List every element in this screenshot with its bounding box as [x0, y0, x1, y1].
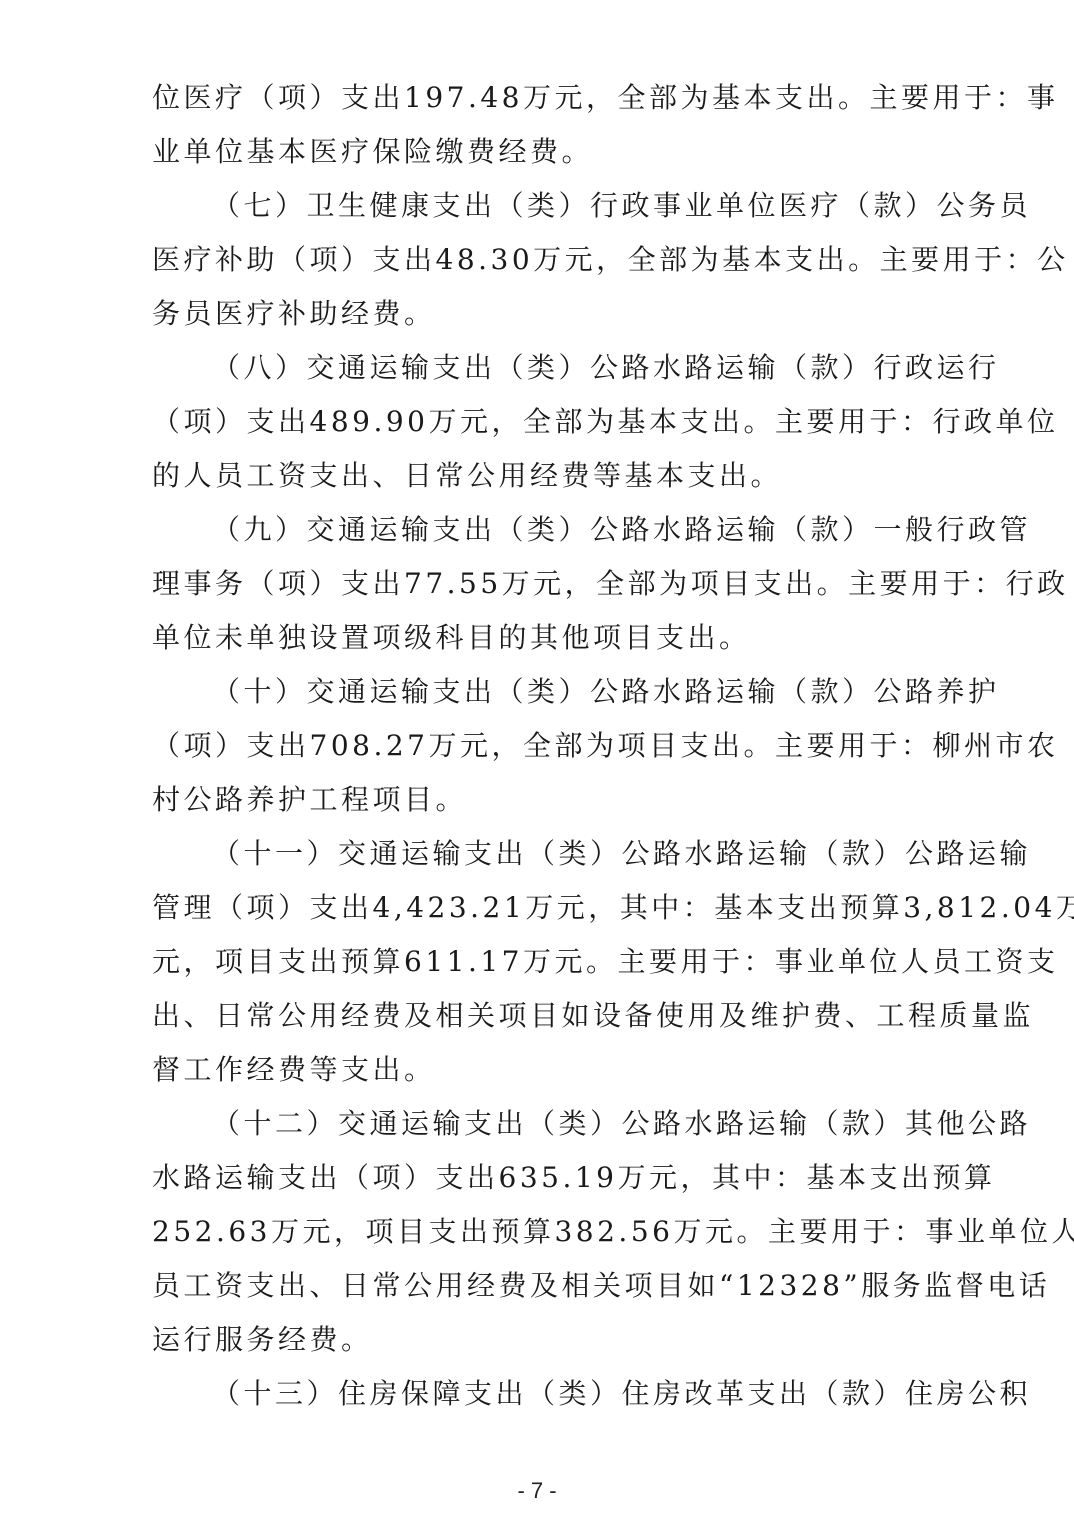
text-line: 村公路养护工程项目。	[152, 780, 932, 820]
text-line: 元，项目支出预算611.17万元。主要用于：事业单位人员工资支	[152, 942, 932, 982]
text-line: 员工资支出、日常公用经费及相关项目如“12328”服务监督电话	[152, 1266, 932, 1306]
text-line: 出、日常公用经费及相关项目如设备使用及维护费、工程质量监	[152, 996, 932, 1036]
text-line: 单位未单独设置项级科目的其他项目支出。	[152, 618, 932, 658]
text-line: 252.63万元，项目支出预算382.56万元。主要用于：事业单位人	[152, 1212, 932, 1252]
text-line: （九）交通运输支出（类）公路水路运输（款）一般行政管	[212, 510, 932, 550]
text-line: （十一）交通运输支出（类）公路水路运输（款）公路运输	[212, 834, 932, 874]
text-line: 的人员工资支出、日常公用经费等基本支出。	[152, 456, 932, 496]
text-line: （十）交通运输支出（类）公路水路运输（款）公路养护	[212, 672, 932, 712]
text-line: 医疗补助（项）支出48.30万元，全部为基本支出。主要用于：公	[152, 240, 932, 280]
text-line: （项）支出489.90万元，全部为基本支出。主要用于：行政单位	[152, 402, 932, 442]
text-line: （十三）住房保障支出（类）住房改革支出（款）住房公积	[212, 1374, 932, 1414]
text-line: 业单位基本医疗保险缴费经费。	[152, 132, 932, 172]
document-page: 位医疗（项）支出197.48万元，全部为基本支出。主要用于：事 业单位基本医疗保…	[0, 0, 1074, 1520]
text-line: 运行服务经费。	[152, 1320, 932, 1360]
text-line: 管理（项）支出4,423.21万元，其中：基本支出预算3,812.04万	[152, 888, 932, 928]
text-line: （七）卫生健康支出（类）行政事业单位医疗（款）公务员	[212, 186, 932, 226]
page-number: - 7 -	[0, 1478, 1074, 1504]
text-line: 理事务（项）支出77.55万元，全部为项目支出。主要用于：行政	[152, 564, 932, 604]
text-line: 督工作经费等支出。	[152, 1050, 932, 1090]
text-line: 务员医疗补助经费。	[152, 294, 932, 334]
text-line: （八）交通运输支出（类）公路水路运输（款）行政运行	[212, 348, 932, 388]
text-line: 水路运输支出（项）支出635.19万元，其中：基本支出预算	[152, 1158, 932, 1198]
text-line: （十二）交通运输支出（类）公路水路运输（款）其他公路	[212, 1104, 932, 1144]
text-line: 位医疗（项）支出197.48万元，全部为基本支出。主要用于：事	[152, 78, 932, 118]
text-line: （项）支出708.27万元，全部为项目支出。主要用于：柳州市农	[152, 726, 932, 766]
